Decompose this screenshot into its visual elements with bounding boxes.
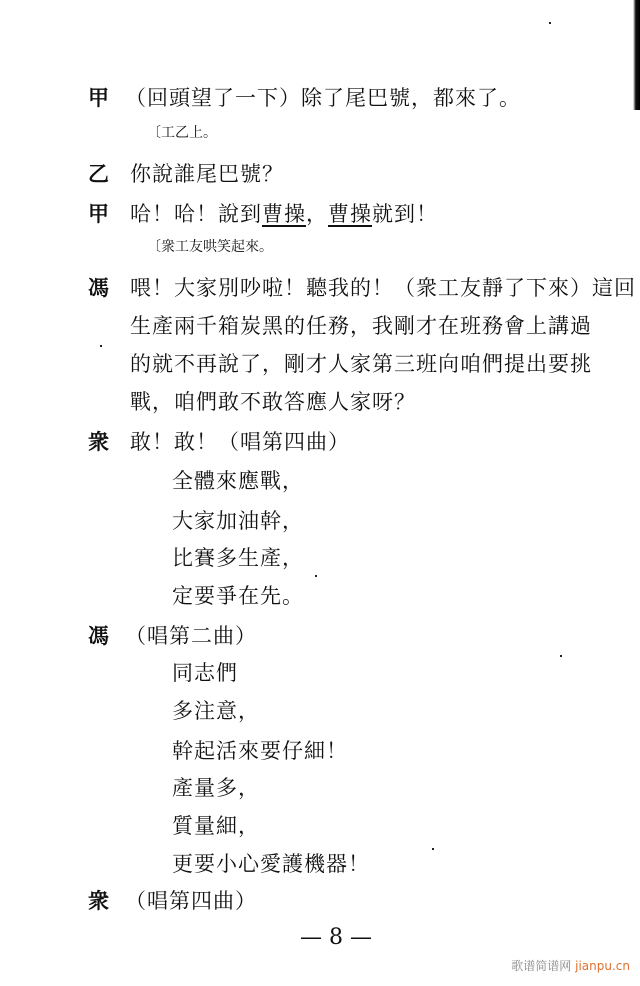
speaker-label: 衆 [88,885,109,915]
verse-line: 比賽多生產， [172,542,304,572]
dialogue-line: 生產兩千箱炭黑的任務，我剛才在班務會上講過 [130,310,592,340]
verse-line: 多注意， [172,695,260,725]
speaker-label: 甲 [88,198,109,228]
speaker-label: 乙 [88,158,109,188]
text-part: 哈！哈！說到 [130,202,262,226]
dialogue-line: 戰，咱們敢不敢答應人家呀？ [130,386,416,416]
text-part: 就到！ [372,202,438,226]
stage-direction: 〔衆工友哄笑起來。 [147,236,273,256]
dialogue-line: 的就不再說了，剛才人家第三班向咱們提出要挑 [130,348,592,378]
dialogue-line: （唱第二曲） [125,620,257,650]
scan-speck [560,655,562,657]
dialogue-line: （回頭望了一下）除了尾巴號，都來了。 [125,82,521,112]
dialogue-line: 敢！敢！（唱第四曲） [130,426,350,456]
speaker-label: 衆 [88,426,109,456]
page-number: — 8 — [300,925,372,950]
stage-direction: 〔工乙上。 [147,122,217,142]
verse-line: 大家加油幹， [172,505,304,535]
verse-line: 幹起活來要仔細！ [172,735,348,765]
watermark: 歌谱简谱网 jianpu.cn [511,957,630,974]
scan-speck [315,575,317,577]
verse-line: 全體來應戰， [172,465,304,495]
verse-line: 更要小心愛護機器！ [172,848,370,878]
verse-line: 質量細， [172,810,260,840]
scan-edge-shadow [633,0,640,110]
dialogue-line: （唱第四曲） [125,885,257,915]
verse-line: 定要爭在先。 [172,580,304,610]
scan-speck [549,22,551,24]
speaker-label: 馮 [88,272,109,302]
dialogue-line: 你說誰尾巴號？ [130,158,284,188]
scan-speck [100,345,102,347]
watermark-en: jianpu.cn [575,959,630,973]
speaker-label: 馮 [88,620,109,650]
text-part: ， [306,202,328,226]
scan-speck [432,848,434,850]
watermark-cn: 歌谱简谱网 [511,959,571,973]
verse-line: 同志們 [172,657,238,687]
speaker-label: 甲 [88,82,109,112]
dialogue-line: 哈！哈！說到曹操，曹操就到！ [130,198,438,228]
underlined-name: 曹操 [262,202,306,226]
underlined-name: 曹操 [328,202,372,226]
verse-line: 產量多， [172,772,260,802]
dialogue-line: 喂！大家別吵啦！聽我的！（衆工友靜了下來）這回 [130,272,636,302]
